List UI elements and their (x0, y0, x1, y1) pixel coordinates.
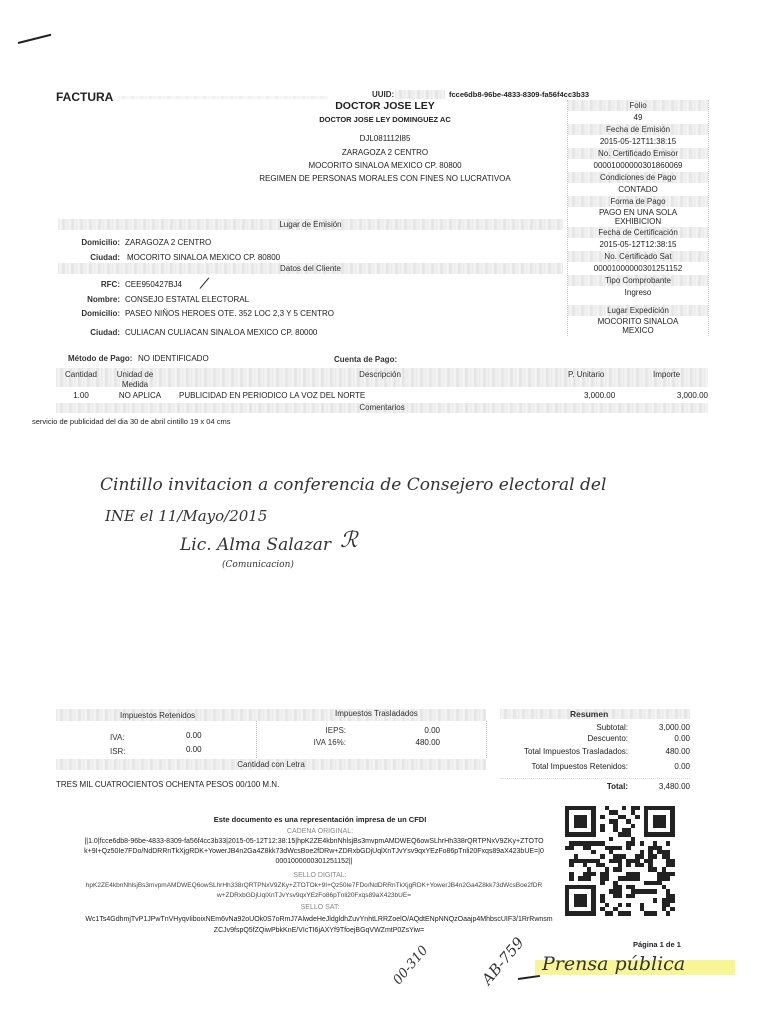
header-band (118, 96, 328, 99)
resumen-label: Total: (503, 782, 628, 791)
resumen-value: 3,000.00 (628, 723, 690, 732)
tras-ieps-label: IEPS: (300, 726, 346, 735)
side-value: PAGO EN UNA SOLA EXHIBICION (568, 207, 708, 227)
uuid-value: fcce6db8-96be-4833-8309-fa56f4cc3b33 (449, 90, 589, 99)
resumen-row: Total:3,480.00 (500, 778, 690, 794)
cfdi-note: Este documento es una representación imp… (120, 815, 520, 824)
lugar-domicilio-value: ZARAGOZA 2 CENTRO (125, 238, 211, 247)
col-cantidad: Cantidad (56, 370, 106, 379)
cadena-original: ||1.0|fcce6db8-96be-4833-8309-fa56f4cc3b… (84, 837, 544, 867)
ret-isr-label: ISR: (110, 747, 126, 756)
comentarios-header: Comentarios (56, 403, 708, 413)
emisor-block: DOCTOR JOSE LEY DOCTOR JOSE LEY DOMINGUE… (200, 100, 570, 183)
side-label: Fecha de Certificación (568, 227, 708, 238)
emisor-rfc: DJL081112I85 (200, 134, 570, 143)
arrow-icon (518, 975, 540, 980)
resumen-value: 0.00 (628, 762, 690, 771)
lugar-emision-header: Lugar de Emisión (58, 219, 563, 230)
side-label: Condiciones de Pago (568, 172, 708, 183)
row-importe: 3,000.00 (636, 391, 708, 400)
sello-sat-label: SELLO SAT: (120, 904, 520, 911)
lugar-domicilio-label: Domicilio: (58, 238, 120, 247)
side-value: 2015-05-12T11:38:15 (568, 135, 708, 148)
side-label: No. Certificado Sat (568, 251, 708, 262)
handwritten-note-line1: Cintillo invitacion a conferencia de Con… (100, 475, 606, 495)
side-value: Ingreso (568, 286, 708, 305)
tras-iva-value: 480.00 (390, 738, 440, 747)
cliente-nombre-value: CONSEJO ESTATAL ELECTORAL (125, 295, 249, 304)
resumen-row: Descuento:0.00 (500, 733, 690, 744)
retenidos-title: Impuestos Retenidos (120, 711, 195, 720)
col-unitario: P. Unitario (568, 370, 604, 379)
side-value: 49 (568, 111, 708, 124)
handwritten-ref-2: AB-759 (478, 934, 528, 988)
ret-isr-value: 0.00 (186, 745, 202, 754)
side-value: CONTADO (568, 183, 708, 196)
cantidad-letra-header: Cantidad con Letra (56, 759, 486, 770)
lugar-ciudad-value: MOCORITO SINALOA MEXICO CP. 80800 (127, 253, 280, 262)
cliente-header: Datos del Cliente (58, 263, 563, 274)
qr-code-icon (565, 806, 675, 916)
trasladados-title: Impuestos Trasladados (335, 709, 418, 718)
comentarios-title: Comentarios (359, 403, 404, 412)
col-importe: Importe (653, 370, 680, 379)
side-label: Fecha de Emisión (568, 124, 708, 135)
emisor-address: ZARAGOZA 2 CENTRO (200, 148, 570, 157)
cliente-rfc-label: RFC: (58, 280, 120, 289)
document-type: FACTURA (56, 90, 113, 104)
handwritten-category: Prensa pública (542, 953, 685, 975)
resumen-row: Total Impuestos Retenidos:0.00 (500, 759, 690, 774)
side-label: Folio (568, 100, 708, 111)
cadena-label: CADENA ORIGINAL: (120, 828, 520, 835)
side-label: Tipo Comprobante (568, 275, 708, 286)
resumen-value: 3,480.00 (628, 782, 690, 791)
cuenta-pago-label: Cuenta de Pago: (334, 355, 397, 364)
side-value: 00001000000301251152 (568, 262, 708, 275)
side-label: Forma de Pago (568, 196, 708, 207)
resumen-value: 0.00 (628, 734, 690, 743)
tras-ieps-value: 0.00 (390, 726, 440, 735)
side-value: 2015-05-12T12:38:15 (568, 238, 708, 251)
comentarios-text: servicio de publicidad del dia 30 de abr… (32, 417, 230, 426)
uuid-band (395, 90, 445, 99)
cantidad-letra-text: TRES MIL CUATROCIENTOS OCHENTA PESOS 00/… (56, 780, 279, 789)
emisor-full-name: DOCTOR JOSE LEY DOMINGUEZ AC (200, 115, 570, 124)
handwritten-ref-1: 00-310 (390, 943, 431, 988)
resumen-title: Resumen (570, 709, 608, 719)
cantidad-letra-title: Cantidad con Letra (237, 760, 305, 769)
side-label: No. Certificado Emisor (568, 148, 708, 159)
resumen-label: Descuento: (503, 734, 628, 743)
resumen-value: 480.00 (628, 747, 690, 756)
row-cantidad: 1.00 (56, 391, 106, 400)
checkmark-icon (200, 278, 210, 290)
cliente-rfc-value: CEE950427BJ4 (125, 280, 182, 289)
handwritten-note-line2: INE el 11/Mayo/2015 (105, 507, 267, 525)
resumen-table: Subtotal:3,000.00Descuento:0.00Total Imp… (500, 722, 690, 794)
metodo-pago-label: Método de Pago: (68, 354, 132, 363)
resumen-row: Subtotal:3,000.00 (500, 722, 690, 733)
row-descripcion: PUBLICIDAD EN PERIODICO LA VOZ DEL NORTE (179, 391, 365, 400)
cliente-nombre-label: Nombre: (58, 295, 120, 304)
sello-sat: Wc1Ts4GdhmjTvP1JPwTnVHyqvIiboixNEm6vNa92… (84, 914, 554, 936)
cliente-domicilio-label: Domicilio: (58, 309, 120, 318)
resumen-row: Total Impuestos Trasladados:480.00 (500, 744, 690, 759)
sello-digital: hpK2ZE4kbnNhlsjBs3mvpmAMDWEQ6owSLhrHh338… (84, 881, 544, 901)
page-indicator: Página 1 de 1 (633, 940, 681, 949)
handwritten-signature-title: (Comunicacion) (222, 560, 294, 570)
resumen-label: Total Impuestos Retenidos: (503, 762, 628, 771)
ret-iva-value: 0.00 (186, 731, 202, 740)
row-unitario: 3,000.00 (584, 391, 615, 400)
cliente-domicilio-value: PASEO NIÑOS HEROES OTE. 352 LOC 2,3 Y 5 … (125, 309, 334, 318)
uuid-label: UUID: (372, 90, 394, 99)
ret-iva-label: IVA: (110, 733, 125, 742)
lugar-emision-title: Lugar de Emisión (279, 220, 341, 229)
resumen-label: Total Impuestos Trasladados: (503, 747, 628, 756)
lugar-ciudad-label: Ciudad: (58, 253, 120, 262)
col-unidad: Unidad de Medida (110, 370, 160, 390)
pen-mark (18, 34, 51, 44)
col-descripcion: Descripción (300, 370, 460, 379)
cliente-ciudad-value: CULIACAN CULIACAN SINALOA MEXICO CP. 800… (125, 328, 317, 337)
invoice-details-panel: Folio49Fecha de Emisión2015-05-12T11:38:… (567, 100, 709, 336)
metodo-pago-value: NO IDENTIFICADO (138, 354, 209, 363)
cliente-title: Datos del Cliente (280, 264, 341, 273)
cliente-ciudad-label: Ciudad: (58, 328, 120, 337)
handwritten-signature-name: Lic. Alma Salazar (180, 535, 331, 555)
tras-iva-label: IVA 16%: (290, 738, 346, 747)
emisor-name: DOCTOR JOSE LEY (200, 100, 570, 112)
sello-digital-label: SELLO DIGITAL: (120, 872, 520, 879)
side-label: Lugar Expedición (568, 305, 708, 316)
row-unidad: NO APLICA (110, 391, 170, 400)
resumen-label: Subtotal: (503, 723, 628, 732)
emisor-regime: REGIMEN DE PERSONAS MORALES CON FINES NO… (200, 174, 570, 183)
emisor-city: MOCORITO SINALOA MEXICO CP. 80800 (200, 161, 570, 170)
impuestos-divider (256, 721, 257, 758)
table-row: 1.00 NO APLICA PUBLICIDAD EN PERIODICO L… (56, 391, 708, 402)
signature-icon: ℛ (340, 528, 358, 553)
side-value: 00001000000301860069 (568, 159, 708, 172)
side-value: MOCORITO SINALOA MEXICO (568, 316, 708, 336)
